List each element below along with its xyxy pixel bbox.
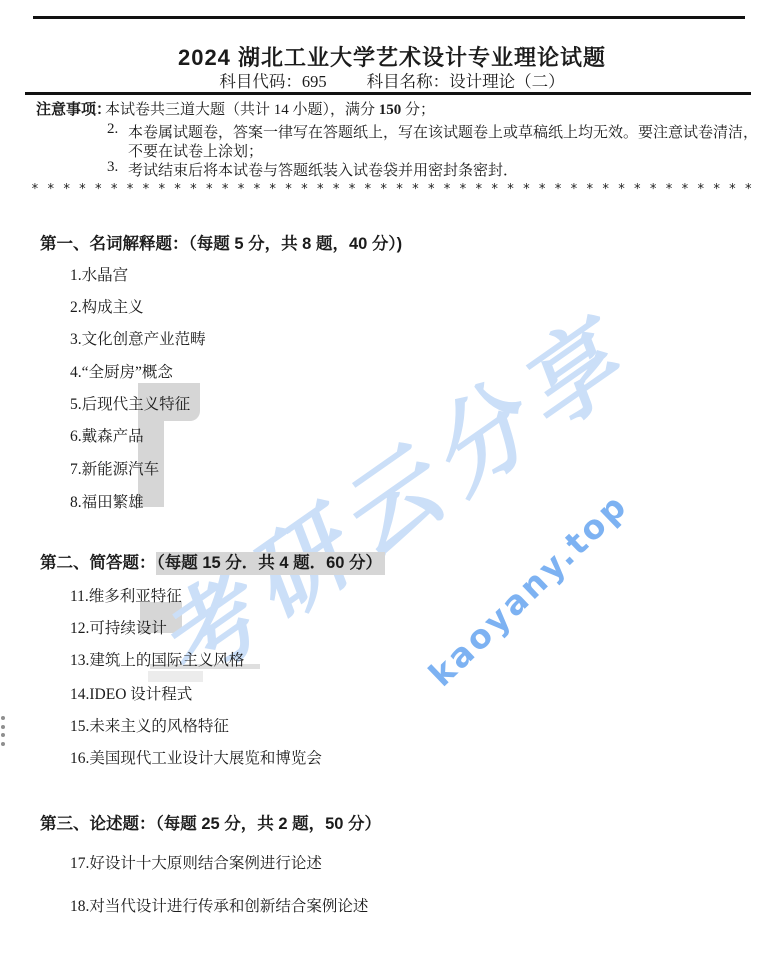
- notice-item-2-number: 2.: [107, 121, 118, 138]
- section-1-heading: 第一、名词解释题：（每题 5 分，共 8 题，40 分）): [40, 230, 402, 254]
- header-divider-line: [25, 92, 751, 95]
- section-2-heading: 第二、简答题：（每题 15 分．共 4 题．60 分）: [40, 549, 385, 573]
- section-3-score-note: （每题 25 分，共 2 题，50 分）: [156, 815, 382, 833]
- subject-code: 科目代码：695: [219, 68, 326, 92]
- edge-marker-dot: [1, 725, 5, 729]
- section-1-score-note: （每题 5 分，共 8 题，40 分）): [189, 235, 403, 253]
- question-item-6: 6.戴森产品: [70, 424, 144, 446]
- subject-info-row: 科目代码：695 科目名称：设计理论（二）: [0, 68, 784, 92]
- question-item-11: 11.维多利亚特征: [70, 584, 182, 606]
- section-2-title: 第二、简答题：: [40, 554, 156, 572]
- question-item-7: 7.新能源汽车: [70, 457, 159, 479]
- notice-item-1-suffix: 分；: [401, 102, 435, 118]
- question-item-12: 12.可持续设计: [70, 616, 167, 638]
- exam-paper-page: { "page": { "title": "2024 湖北工业大学艺术设计专业理…: [0, 0, 784, 970]
- notice-item-2-continuation: 不要在试卷上涂划；: [128, 140, 263, 161]
- section-3-heading: 第三、论述题：（每题 25 分，共 2 题，50 分）: [40, 810, 381, 834]
- section-2-score-note: （每题 15 分．共 4 题．60 分）: [156, 552, 386, 575]
- question-item-5: 5.后现代主义特征: [70, 392, 190, 414]
- edge-marker-dot: [1, 716, 5, 720]
- question-item-3: 3.文化创意产业范畴: [70, 327, 206, 349]
- subject-name: 科目名称：设计理论（二）: [367, 68, 565, 92]
- notice-item-1-score: 150: [379, 102, 402, 118]
- question-item-18: 18.对当代设计进行传承和创新结合案例论述: [70, 894, 368, 916]
- question-item-2: 2.构成主义: [70, 295, 144, 317]
- section-1-title: 第一、名词解释题：: [40, 235, 189, 253]
- question-item-4: 4.“全厨房”概念: [70, 360, 173, 382]
- question-item-13: 13.建筑上的国际主义风格: [70, 648, 244, 670]
- edge-marker-dot: [1, 742, 5, 746]
- question-item-1: 1.水晶宫: [70, 263, 128, 285]
- question-item-14: 14.IDEO 设计程式: [70, 682, 192, 704]
- notice-item-1: 1. 本试卷共三道大题（共计 14 小题），满分 150 分；: [90, 98, 435, 119]
- question-item-16: 16.美国现代工业设计大展览和博览会: [70, 746, 322, 768]
- top-rule-line: [33, 16, 745, 19]
- notice-item-3-number: 3.: [107, 159, 118, 176]
- notice-item-1-text: 1. 本试卷共三道大题（共计 14 小题），满分: [90, 102, 379, 118]
- question-item-15: 15.未来主义的风格特征: [70, 714, 229, 736]
- asterisk-divider: * * * * * * * * * * * * * * * * * * * * …: [31, 182, 753, 197]
- question-item-8: 8.福田繁雄: [70, 490, 144, 512]
- section-3-title: 第三、论述题：: [40, 815, 156, 833]
- notice-item-3-text: 考试结束后将本试卷与答题纸装入试卷袋并用密封条密封．: [128, 159, 518, 180]
- question-item-17: 17.好设计十大原则结合案例进行论述: [70, 851, 322, 873]
- notice-item-2-text: 本卷属试题卷，答案一律写在答题纸上，写在该试题卷上或草稿纸上均无效。要注意试卷清…: [128, 121, 758, 142]
- edge-marker-dot: [1, 733, 5, 737]
